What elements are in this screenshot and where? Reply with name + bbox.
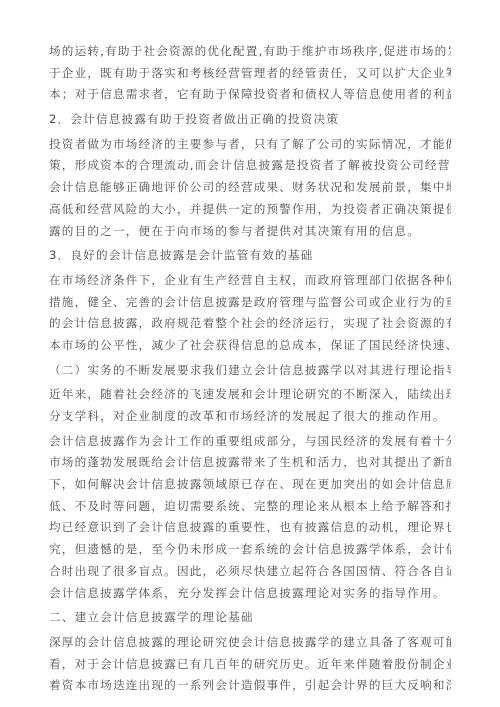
paragraph-recent-developments: 近年来，随着社会经济的飞速发展和会计理论研究的不断深入，陆续出现了许多新的会计学…: [49, 384, 451, 427]
text-line: 会计信息披露学体系，充分发挥会计信息披露理论对实务的指导作用。: [49, 583, 451, 605]
paragraph-regulation-basis: 在市场经济条件下，企业有生产经营自主权，而政府管理部门依据各种信息，采取宏观调控…: [49, 270, 451, 357]
text-line: 均已经意识到了会计信息披露的重要性，也有披露信息的动机，理论界也广泛对其进行了研: [49, 517, 451, 539]
document-page: 场的运转,有助于社会资源的优化配置,有助于维护市场秩序,促进市场的发展；微观上，…: [49, 41, 451, 700]
text-line: 会计信息披露作为会计工作的重要组成部分，与国民经济的发展有着十分紧密的联系。证券: [49, 431, 451, 453]
text-line: 究，但遗憾的是，至今仍未形成一套系统的会计信息披露学体系，会计信息披露在与实务结: [49, 539, 451, 561]
text-line: 本；对于信息需求者，它有助于保障投资者和债权人等信息使用者的利益。: [49, 84, 451, 106]
text-line: 策，形成资本的合理流动,而会计信息披露是投资者了解被投资公司经营状况的主要途径。: [49, 155, 451, 177]
text-line: 措施，健全、完善的会计信息披露是政府管理与监督公司或企业行为的重要依据。通过企业: [49, 292, 451, 314]
paragraph-theoretical-research: 深厚的会计信息披露的理论研究使会计信息披露学的建立具备了客观可能性。从世界范围来…: [49, 632, 451, 697]
text-line: 合时出现了很多盲点。因此，必须尽快建立起符合各国国情、符合各自证券市场发展水平的: [49, 561, 451, 583]
text-line: 看，对于会计信息披露已有几百年的研究历史。近年来伴随着股份制企业的发展，特别是随: [49, 654, 451, 676]
text-line: 露的目的之一，便在于向市场的参与者提供对其决策有用的信息。: [49, 221, 451, 243]
text-line: 低、不及时等问题，迫切需要系统、完整的理论来从根本上给予解答和指导。尽管目前企业: [49, 496, 451, 518]
section-heading-part-2: （二）实务的不断发展要求我们建立会计信息披露学以对其进行理论指导: [49, 360, 451, 382]
text-line: 投资者做为市场经济的主要参与者，只有了解了公司的实际情况，才能做出正确的投资决: [49, 134, 451, 156]
section-heading-theory-basis: 二、建立会计信息披露学的理论基础: [49, 607, 451, 629]
paragraph-macro-micro-benefits: 场的运转,有助于社会资源的优化配置,有助于维护市场秩序,促进市场的发展；微观上，…: [49, 41, 451, 106]
heading-text: （二）实务的不断发展要求我们建立会计信息披露学以对其进行理论指导: [49, 360, 451, 382]
section-heading-3: 3．良好的会计信息披露是会计监管有效的基础: [49, 245, 451, 267]
text-line: 下，如何解决会计信息披露领域原已存在、现在更加突出的如会计信息质量不高、相关程度: [49, 474, 451, 496]
text-line: 会计信息能够正确地评价公司的经营成果、财务状况和发展前景，集中地说明了投资回报的: [49, 177, 451, 199]
text-line: 分支学科，对企业制度的改革和市场经济的发展起了很大的推动作用。: [49, 406, 451, 428]
text-line: 高低和经营风险的大小，并提供一定的预警作用，为投资者正确决策提供依据。会计信息披: [49, 199, 451, 221]
text-line: 市场的蓬勃发展既给会计信息披露带来了生机和活力，也对其提出了新的要求。在这种情况: [49, 452, 451, 474]
paragraph-disclosure-importance: 会计信息披露作为会计工作的重要组成部分，与国民经济的发展有着十分紧密的联系。证券…: [49, 431, 451, 605]
text-line: 场的运转,有助于社会资源的优化配置,有助于维护市场秩序,促进市场的发展；微观上，…: [49, 41, 451, 63]
text-line: 的会计信息披露，政府规范着整个社会的经济运行，实现了社会资源的有效配置，加强了资: [49, 313, 451, 335]
section-heading-2: 2．会计信息披露有助于投资者做出正确的投资决策: [49, 109, 451, 131]
text-line: 深厚的会计信息披露的理论研究使会计信息披露学的建立具备了客观可能性。从世界范围来: [49, 632, 451, 654]
paragraph-investor-decisions: 投资者做为市场经济的主要参与者，只有了解了公司的实际情况，才能做出正确的投资决 …: [49, 134, 451, 242]
text-line: 在市场经济条件下，企业有生产经营自主权，而政府管理部门依据各种信息，采取宏观调控: [49, 270, 451, 292]
heading-text: 3．良好的会计信息披露是会计监管有效的基础: [49, 245, 451, 267]
text-line: 着资本市场迭连出现的一系列会计造假事件，引起会计界的巨大反响和深思，也使得会计信: [49, 675, 451, 697]
heading-text: 2．会计信息披露有助于投资者做出正确的投资决策: [49, 109, 451, 131]
heading-text: 二、建立会计信息披露学的理论基础: [49, 607, 451, 629]
text-line: 本市场的公平性，减少了社会获得信息的总成本，保证了国民经济快速、稳定、健康发展。: [49, 335, 451, 357]
text-line: 于企业，既有助于落实和考核经营管理者的经管责任，又可以扩大企业筹资、降低筹资成: [49, 63, 451, 85]
text-line: 近年来，随着社会经济的飞速发展和会计理论研究的不断深入，陆续出现了许多新的会计学: [49, 384, 451, 406]
